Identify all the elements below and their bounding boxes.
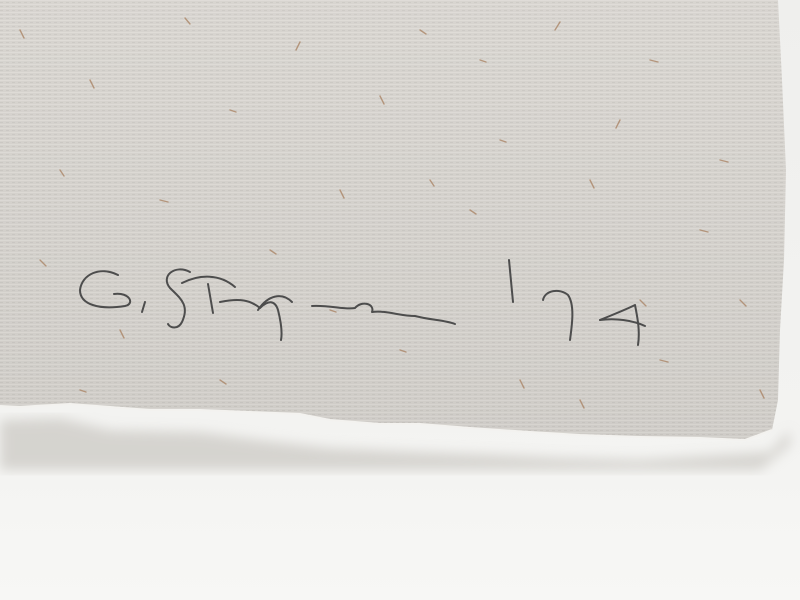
handmade-paper <box>0 0 800 600</box>
